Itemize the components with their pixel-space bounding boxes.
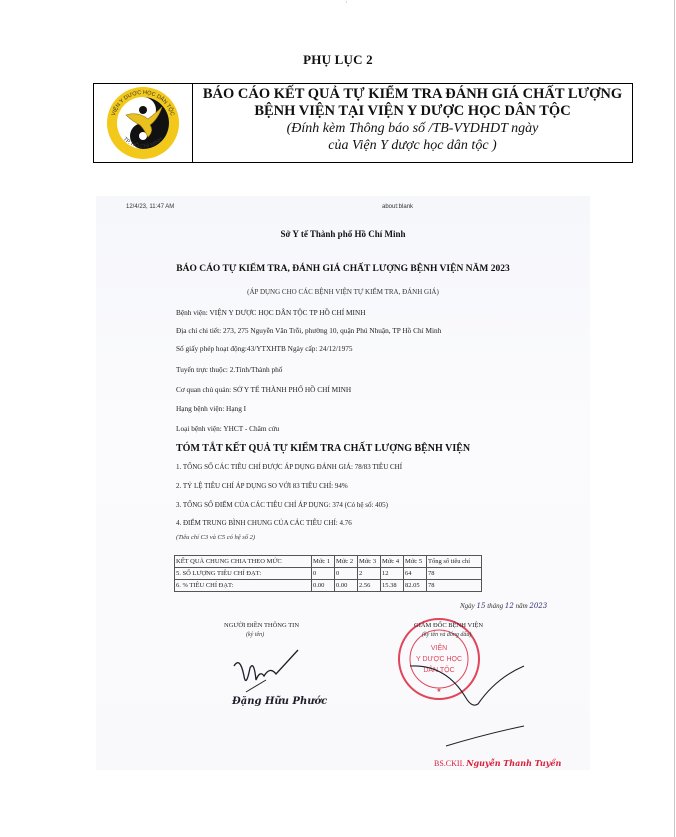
table-row: 6. % TIÊU CHÍ ĐẠT: 0.00 0.00 2.56 15.38 … xyxy=(175,580,482,592)
info-hospital: Bệnh viện: VIỆN Y DƯỢC HỌC DÂN TỘC TP HỒ… xyxy=(176,308,366,317)
director-name: BS.CKII. Nguyễn Thanh Tuyền xyxy=(434,758,561,768)
logo-cell: VIỆN Y DƯỢC HỌC DÂN TỘC TP. HỒ CHÍ MINH xyxy=(94,84,193,162)
print-timestamp: 12/4/23, 11:47 AM xyxy=(126,204,174,210)
table-header: Mức 5 xyxy=(404,556,427,568)
table-cell: 2.56 xyxy=(358,580,381,592)
table-header: Mức 2 xyxy=(335,556,358,568)
info-governing-body: Cơ quan chủ quản: SỞ Y TẾ THÀNH PHỐ HỒ C… xyxy=(176,385,351,394)
table-header-row: KẾT QUẢ CHUNG CHIA THEO MỨC Mức 1 Mức 2 … xyxy=(175,556,482,568)
info-type: Loại bệnh viện: YHCT - Châm cứu xyxy=(176,424,279,433)
report-main-title-line2: BỆNH VIỆN TẠI VIỆN Y DƯỢC HỌC DÂN TỘC xyxy=(193,103,632,120)
report-main-title-line1: BÁO CÁO KẾT QUẢ TỰ KIỂM TRA ĐÁNH GIÁ CHẤ… xyxy=(193,86,632,103)
scanned-report: 12/4/23, 11:47 AM about:blank Sở Y tế Th… xyxy=(96,196,590,770)
header-table: VIỆN Y DƯỢC HỌC DÂN TỘC TP. HỒ CHÍ MINH … xyxy=(93,83,633,163)
page-marker: · xyxy=(345,0,355,6)
report-title: BÁO CÁO TỰ KIỂM TRA, ĐÁNH GIÁ CHẤT LƯỢNG… xyxy=(96,264,590,274)
page-edge xyxy=(674,0,675,837)
print-url: about:blank xyxy=(382,204,413,210)
date-month: 12 xyxy=(505,602,514,610)
table-header: Tổng số tiêu chí xyxy=(427,556,482,568)
table-cell: 0.00 xyxy=(312,580,335,592)
table-cell: 5. SỐ LƯỢNG TIÊU CHÍ ĐẠT: xyxy=(175,568,312,580)
info-license: Số giấy phép hoạt động:43/YTXHTB Ngày cấ… xyxy=(176,344,353,353)
signing-date: Ngày 15 tháng 12 năm 2023 xyxy=(460,602,547,610)
director-signature-icon xyxy=(406,658,536,748)
results-table: KẾT QUẢ CHUNG CHIA THEO MỨC Mức 1 Mức 2 … xyxy=(174,555,482,592)
table-cell: 0 xyxy=(335,568,358,580)
hospital-logo-icon: VIỆN Y DƯỢC HỌC DÂN TỘC TP. HỒ CHÍ MINH xyxy=(104,85,182,161)
table-cell: 0.00 xyxy=(335,580,358,592)
director-subtitle: (ký tên và đóng dấu) xyxy=(422,632,471,638)
organization-name: Sở Y tế Thành phố Hồ Chí Minh xyxy=(96,229,590,239)
table-header: Mức 1 xyxy=(312,556,335,568)
date-year: 2023 xyxy=(529,602,547,610)
table-header: Mức 4 xyxy=(381,556,404,568)
summary-item: 3. TỔNG SỐ ĐIỂM CỦA CÁC TIÊU CHÍ ÁP DỤNG… xyxy=(176,501,388,509)
appendix-title: PHỤ LỤC 2 xyxy=(0,52,676,68)
attachment-note-line1: (Đính kèm Thông báo số /TB-VYDHDT ngày xyxy=(193,120,632,137)
svg-text:VIỆN: VIỆN xyxy=(431,643,447,652)
summary-item: 1. TỔNG SỐ CÁC TIÊU CHÍ ĐƯỢC ÁP DỤNG ĐÁN… xyxy=(176,463,402,471)
table-cell: 12 xyxy=(381,568,404,580)
table-cell: 15.38 xyxy=(381,580,404,592)
summary-item: 2. TỶ LỆ TIÊU CHÍ ÁP DỤNG SO VỚI 83 TIÊU… xyxy=(176,482,348,490)
info-rank: Hạng bệnh viện: Hạng I xyxy=(176,404,246,413)
table-row: 5. SỐ LƯỢNG TIÊU CHÍ ĐẠT: 0 0 2 12 64 78 xyxy=(175,568,482,580)
preparer-signature-icon xyxy=(226,646,306,696)
summary-item: 4. ĐIỂM TRUNG BÌNH CHUNG CỦA CÁC TIÊU CH… xyxy=(176,519,352,527)
preparer-subtitle: (ký tên) xyxy=(246,632,264,638)
attachment-note-line2: của Viện Y dược học dân tộc ) xyxy=(193,137,632,154)
table-header: Mức 3 xyxy=(358,556,381,568)
report-subtitle: (ÁP DỤNG CHO CÁC BỆNH VIỆN TỰ KIỂM TRA, … xyxy=(96,288,590,296)
date-day: 15 xyxy=(477,602,486,610)
preparer-name: Đặng Hữu Phước xyxy=(232,696,327,707)
summary-title: TÓM TẮT KẾT QUẢ TỰ KIỂM TRA CHẤT LƯỢNG B… xyxy=(176,443,470,454)
table-cell: 6. % TIÊU CHÍ ĐẠT: xyxy=(175,580,312,592)
table-cell: 78 xyxy=(427,568,482,580)
info-address: Địa chỉ chi tiết: 273, 275 Nguyễn Văn Tr… xyxy=(176,326,441,335)
table-cell: 64 xyxy=(404,568,427,580)
table-cell: 78 xyxy=(427,580,482,592)
table-cell: 2 xyxy=(358,568,381,580)
coefficient-note: (Tiêu chí C3 và C5 có hệ số 2) xyxy=(176,534,255,541)
info-level: Tuyến trực thuộc: 2.Tỉnh/Thành phố xyxy=(176,365,282,374)
director-title: GIÁM ĐỐC BỆNH VIỆN xyxy=(414,622,483,629)
table-header: KẾT QUẢ CHUNG CHIA THEO MỨC xyxy=(175,556,312,568)
preparer-title: NGƯỜI ĐIỀN THÔNG TIN xyxy=(224,622,299,629)
header-title-cell: BÁO CÁO KẾT QUẢ TỰ KIỂM TRA ĐÁNH GIÁ CHẤ… xyxy=(193,84,632,162)
table-cell: 0 xyxy=(312,568,335,580)
table-cell: 82.05 xyxy=(404,580,427,592)
